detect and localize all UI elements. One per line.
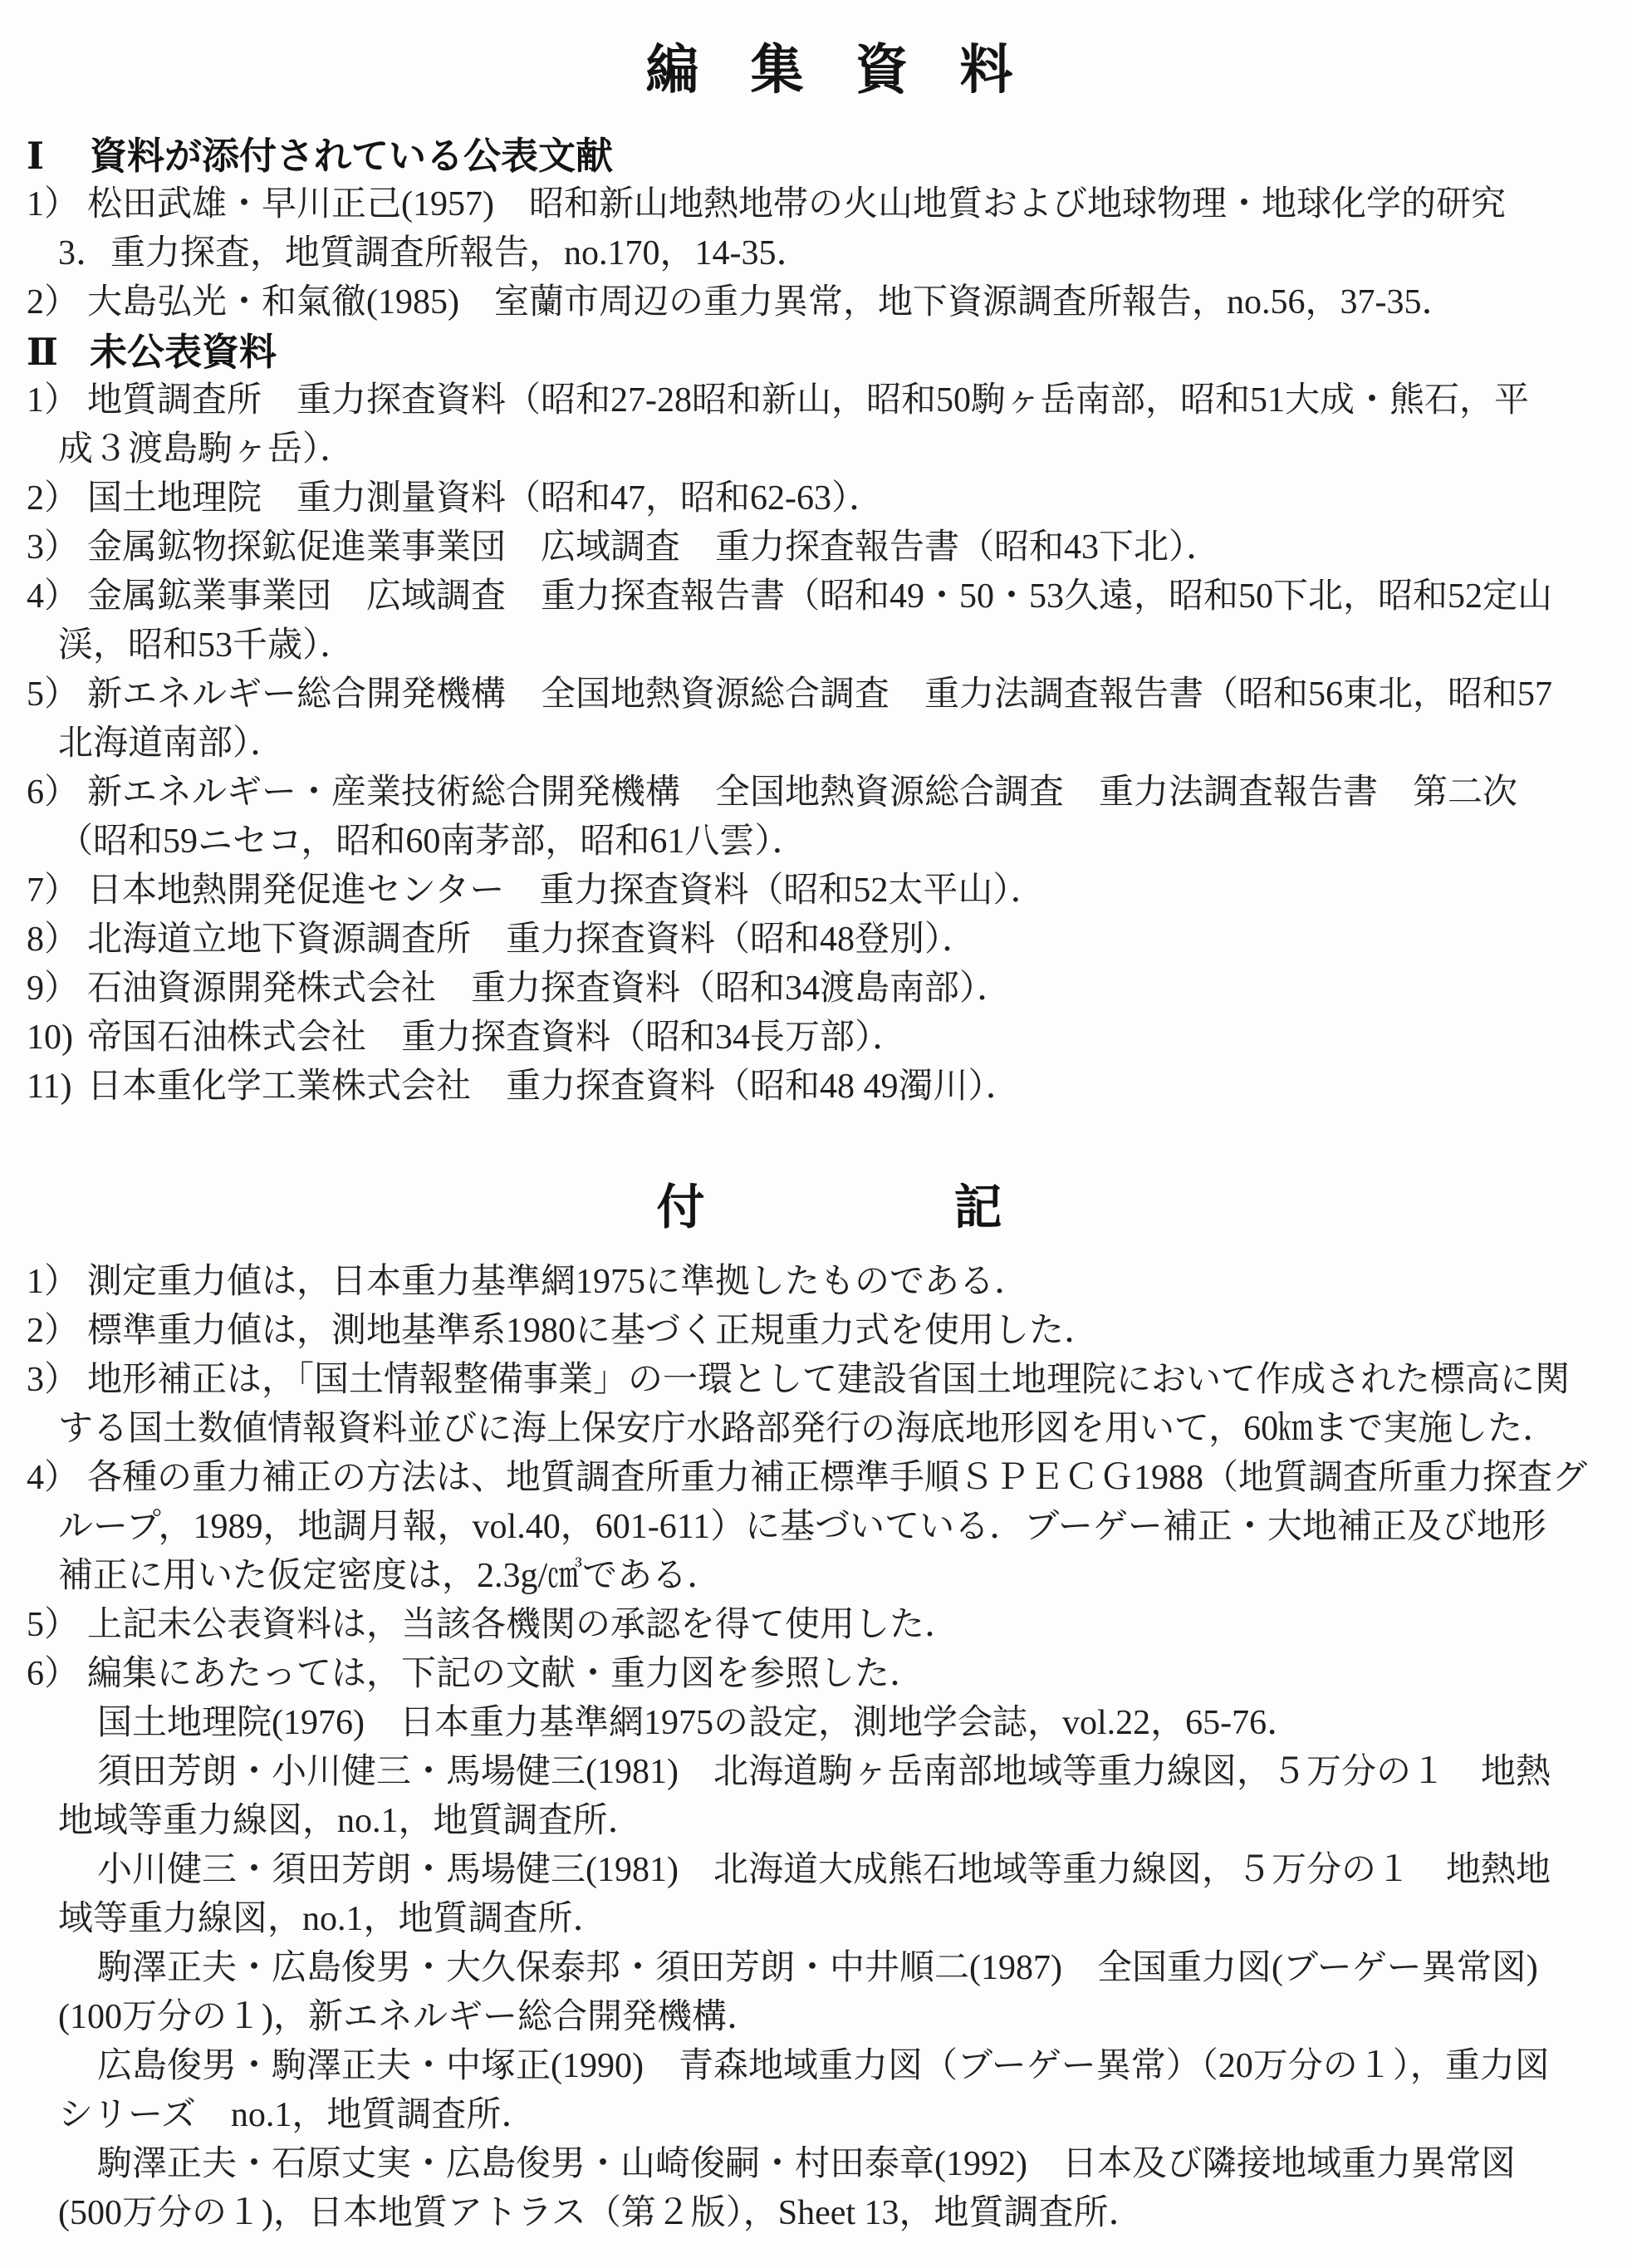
item-text: 編集にあたっては，下記の文献・重力図を参照した． [87,1655,924,1693]
item-number: 9） [27,965,87,1014]
page-title: 編集資料 [27,37,1632,103]
item-text: 日本重化学工業株式会社 重力探査資料（昭和48 49濁川）． [87,1068,1021,1106]
list-item: 7）日本地熱開発促進センター 重力探査資料（昭和52太平山）． [27,866,1632,916]
item-number: 7） [27,866,87,916]
section-heading-unpublished: Ⅱ未公表資料 [27,327,1632,376]
item-text: 日本地熱開発促進センター 重力探査資料（昭和52太平山）． [87,871,1045,910]
list-item-continuation: 北海道南部）． [58,719,1632,768]
list-item-continuation: 成３渡島駒ヶ岳）． [58,425,1632,474]
item-number: 11) [27,1063,87,1112]
item-text: 松田武雄・早川正己(1957) 昭和新山地熱地帯の火山地質および地球物理・地球化… [87,185,1506,223]
reference-continuation: 地域等重力線図，no.1，地質調査所． [58,1797,1632,1846]
list-item-continuation: ループ，1989，地調月報，vol.40，601-611）に基づいている．ブーゲ… [58,1503,1632,1552]
document-page: 編集資料 Ⅰ資料が添付されている公表文献 1）松田武雄・早川正己(1957) 昭… [0,0,1632,2268]
item-text: 金属鉱業事業団 広域調査 重力探査報告書（昭和49・50・53久遠，昭和50下北… [87,577,1552,616]
list-item: 6）新エネルギー・産業技術総合開発機構 全国地熱資源総合調査 重力法調査報告書 … [27,768,1632,817]
appendix-title: 付記 [27,1176,1632,1240]
list-item: 2）標準重力値は，測地基準系1980に基づく正規重力式を使用した． [27,1307,1632,1356]
list-item: 11)日本重化学工業株式会社 重力探査資料（昭和48 49濁川）． [27,1063,1632,1112]
reference-entry: 駒澤正夫・石原丈実・広島俊男・山崎俊嗣・村田泰章(1992) 日本及び隣接地域重… [97,2140,1632,2189]
item-text: 地形補正は，「国土情報整備事業」の一環として建設省国土地理院において作成された標… [87,1361,1570,1399]
reference-continuation: (100万分の１)，新エネルギー総合開発機構． [58,1993,1632,2042]
item-number: 2） [27,278,87,327]
item-text: 各種の重力補正の方法は、地質調査所重力補正標準手順ＳＰＥＣＧ1988（地質調査所… [87,1459,1587,1497]
item-number: 3） [27,523,87,572]
item-text: 新エネルギー総合開発機構 全国地熱資源総合調査 重力法調査報告書（昭和56東北，… [87,675,1552,714]
list-item: 3）地形補正は，「国土情報整備事業」の一環として建設省国土地理院において作成され… [27,1356,1632,1405]
page-title-text: 編集資料 [646,37,1065,103]
page-content: 編集資料 Ⅰ資料が添付されている公表文献 1）松田武雄・早川正己(1957) 昭… [27,37,1632,2238]
list-item: 1）測定重力値は，日本重力基準網1975に準拠したものである． [27,1258,1632,1307]
list-item-continuation: する国土数値情報資料並びに海上保安庁水路部発行の海底地形図を用いて，60㎞まで実… [58,1405,1632,1454]
item-number: 4） [27,1454,87,1503]
list-item: 6）編集にあたっては，下記の文献・重力図を参照した． [27,1650,1632,1699]
list-item-continuation: （昭和59ニセコ，昭和60南茅部，昭和61八雲）． [58,817,1632,866]
item-text: 国土地理院 重力測量資料（昭和47，昭和62-63）． [87,479,884,518]
list-item: 10)帝国石油株式会社 重力探査資料（昭和34長万部）． [27,1014,1632,1063]
section-heading-text: 資料が添付されている公表文献 [90,135,613,177]
item-number: 6） [27,1650,87,1699]
list-item: 4）各種の重力補正の方法は、地質調査所重力補正標準手順ＳＰＥＣＧ1988（地質調… [27,1454,1632,1503]
list-item: 1）松田武雄・早川正己(1957) 昭和新山地熱地帯の火山地質および地球物理・地… [27,180,1632,229]
reference-entry: 須田芳朗・小川健三・馬場健三(1981) 北海道駒ヶ岳南部地域等重力線図，５万分… [97,1748,1632,1797]
list-item: 2）国土地理院 重力測量資料（昭和47，昭和62-63）． [27,474,1632,523]
item-text: 上記未公表資料は，当該各機関の承認を得て使用した． [87,1606,959,1644]
section-heading-published: Ⅰ資料が添付されている公表文献 [27,131,1632,180]
list-item-continuation: 3．重力探査，地質調査所報告，no.170，14-35． [58,229,1632,278]
item-text: 大島弘光・和氣徹(1985) 室蘭市周辺の重力異常，地下資源調査所報告，no.5… [87,283,1456,322]
reference-entry: 小川健三・須田芳朗・馬場健三(1981) 北海道大成熊石地域等重力線図，５万分の… [97,1846,1632,1895]
reference-continuation: 域等重力線図，no.1，地質調査所． [58,1895,1632,1944]
section-numeral: Ⅱ [27,328,90,377]
list-item: 5）新エネルギー総合開発機構 全国地熱資源総合調査 重力法調査報告書（昭和56東… [27,670,1632,719]
item-number: 1） [27,1258,87,1307]
list-item: 4）金属鉱業事業団 広域調査 重力探査報告書（昭和49・50・53久遠，昭和50… [27,572,1632,621]
reference-entry: 広島俊男・駒澤正夫・中塚正(1990) 青森地域重力図（ブーゲー異常）（20万分… [97,2042,1632,2091]
item-text: 測定重力値は，日本重力基準網1975に準拠したものである． [87,1263,1029,1301]
item-number: 6） [27,768,87,817]
list-item: 8）北海道立地下資源調査所 重力探査資料（昭和48登別）． [27,916,1632,965]
item-number: 3） [27,1356,87,1405]
list-item: 3）金属鉱物探鉱促進業事業団 広域調査 重力探査報告書（昭和43下北）． [27,523,1632,572]
section-numeral: Ⅰ [27,132,90,181]
appendix-title-text: 付記 [656,1176,1251,1240]
item-number: 2） [27,474,87,523]
reference-entry: 国土地理院(1976) 日本重力基準網1975の設定，測地学会誌，vol.22，… [97,1699,1632,1748]
item-number: 5） [27,1601,87,1650]
item-number: 1） [27,376,87,425]
item-text: 地質調査所 重力探査資料（昭和27-28昭和新山，昭和50駒ヶ岳南部，昭和51大… [87,381,1529,420]
item-text: 石油資源開発株式会社 重力探査資料（昭和34渡島南部）． [87,970,1012,1008]
item-text: 標準重力値は，測地基準系1980に基づく正規重力式を使用した． [87,1312,1099,1350]
item-number: 2） [27,1307,87,1356]
list-item-continuation: 渓，昭和53千歳）． [58,621,1632,670]
list-item: 1）地質調査所 重力探査資料（昭和27-28昭和新山，昭和50駒ヶ岳南部，昭和5… [27,376,1632,425]
item-number: 1） [27,180,87,229]
reference-entry: 駒澤正夫・広島俊男・大久保泰邦・須田芳朗・中井順二(1987) 全国重力図(ブー… [97,1944,1632,1993]
list-item-continuation: 補正に用いた仮定密度は，2.3g/㎤である． [58,1552,1632,1601]
reference-continuation: (500万分の１)，日本地質アトラス（第２版），Sheet 13，地質調査所． [58,2189,1632,2238]
item-text: 北海道立地下資源調査所 重力探査資料（昭和48登別）． [87,920,977,959]
list-item: 9）石油資源開発株式会社 重力探査資料（昭和34渡島南部）． [27,965,1632,1014]
section-heading-text: 未公表資料 [90,331,277,373]
item-number: 4） [27,572,87,621]
item-text: 新エネルギー・産業技術総合開発機構 全国地熱資源総合調査 重力法調査報告書 第二… [87,773,1517,812]
list-item: 5）上記未公表資料は，当該各機関の承認を得て使用した． [27,1601,1632,1650]
item-text: 帝国石油株式会社 重力探査資料（昭和34長万部）． [87,1019,907,1057]
reference-continuation: シリーズ no.1，地質調査所． [58,2091,1632,2140]
item-number: 8） [27,916,87,965]
list-item: 2）大島弘光・和氣徹(1985) 室蘭市周辺の重力異常，地下資源調査所報告，no… [27,278,1632,327]
item-number: 10) [27,1014,87,1063]
item-text: 金属鉱物探鉱促進業事業団 広域調査 重力探査報告書（昭和43下北）． [87,528,1221,567]
item-number: 5） [27,670,87,719]
